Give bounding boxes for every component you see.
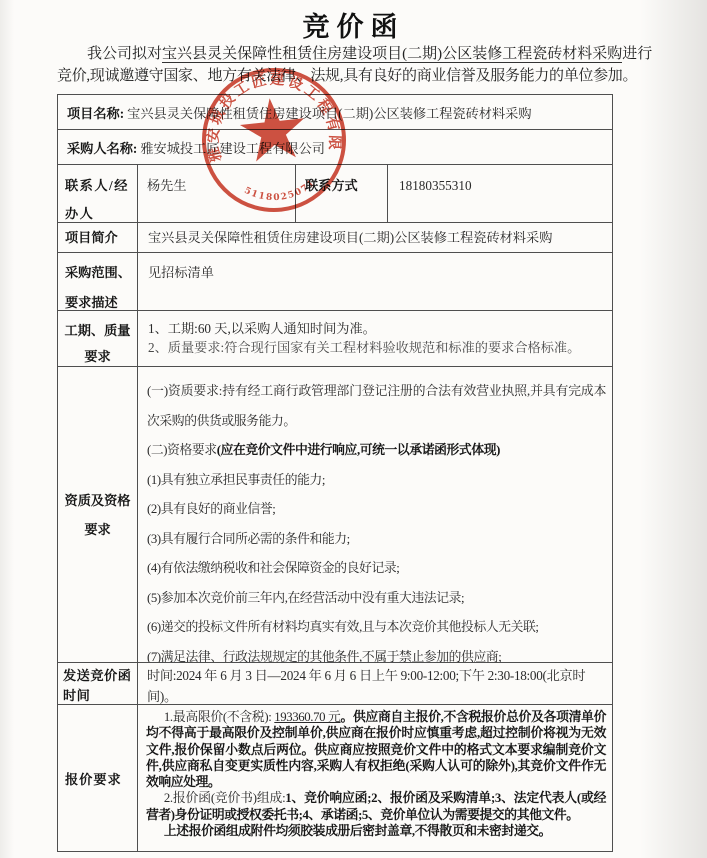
quotation-label: 报价要求 — [58, 705, 138, 851]
qualification-item: (一)资质要求:持有经工商行政管理部门登记注册的合法有效营业执照,并具有完成本次… — [147, 377, 606, 436]
contact-label: 联系人/经办人 — [58, 165, 138, 222]
intro-paragraph: 我公司拟对宝兴县灵关保障性租赁住房建设项目(二期)公区装修工程瓷砖材料采购进行竞… — [57, 44, 652, 87]
quotation-paragraph-1: 1.最高限价(不含税): 193360.70 元。供应商自主报价,不含税报价总价… — [146, 709, 606, 790]
qualification-item: (1)具有独立承担民事责任的能力; — [147, 466, 606, 496]
contact-method-label: 联系方式 — [296, 165, 388, 222]
qualification-item: (6)递交的投标文件所有材料均真实有效,且与本次竞价其他投标人无关联; — [147, 613, 606, 643]
table-row-contact: 联系人/经办人 杨先生 联系方式 18180355310 — [58, 164, 612, 222]
table-row-quotation: 报价要求 1.最高限价(不含税): 193360.70 元。供应商自主报价,不含… — [58, 704, 612, 851]
qualification-item: (3)具有履行合同所必需的条件和能力; — [147, 525, 606, 555]
quotation-value: 1.最高限价(不含税): 193360.70 元。供应商自主报价,不含税报价总价… — [138, 705, 612, 851]
quotation-p2-prefix: 2.报价函(竞价书)组成: — [164, 791, 285, 805]
qualification-item: (7)满足法律、行政法规规定的其他条件,不属于禁止参加的供应商; — [147, 643, 606, 663]
contact-person-value: 杨先生 — [138, 165, 296, 222]
quotation-paragraph-3: 上述报价函组成附件均须胶装成册后密封盖章,不得散页和未密封递交。 — [146, 823, 606, 839]
scanned-bid-document: 竞价函 我公司拟对宝兴县灵关保障性租赁住房建设项目(二期)公区装修工程瓷砖材料采… — [0, 0, 707, 858]
project-name-cell: 项目名称: 宝兴县灵关保障性租赁住房建设项目(二期)公区装修工程瓷砖材料采购 — [58, 95, 612, 129]
brief-label: 项目简介 — [58, 223, 138, 252]
quality-line: 2、质量要求:符合现行国家有关工程材料验收规范和标准的要求合格标准。 — [148, 338, 606, 357]
table-row-brief: 项目简介 宝兴县灵关保障性租赁住房建设项目(二期)公区装修工程瓷砖材料采购 — [58, 222, 612, 252]
send-time-value: 时间:2024 年 6 月 3 日—2024 年 6 月 6 日上午 9:00-… — [138, 663, 612, 704]
table-row-duration-quality: 工期、质量要求 1、工期:60 天,以采购人通知时间为准。 2、质量要求:符合现… — [58, 310, 612, 366]
scope-label: 采购范围、要求描述 — [58, 253, 138, 310]
table-row-scope: 采购范围、要求描述 见招标清单 — [58, 252, 612, 310]
document-title: 竞价函 — [0, 5, 707, 44]
max-price-value: 193360.70 元 — [274, 710, 340, 724]
send-time-label: 发送竞价函时间 — [58, 663, 138, 704]
intro-underlined-project-name: 宝兴县灵关保障性租赁住房建设项目(二期)公区装修工程瓷砖材料采购 — [162, 46, 622, 63]
project-name-value: 宝兴县灵关保障性租赁住房建设项目(二期)公区装修工程瓷砖材料采购 — [127, 103, 531, 122]
brief-value: 宝兴县灵关保障性租赁住房建设项目(二期)公区装修工程瓷砖材料采购 — [138, 223, 612, 252]
qualification-item: (二)资格要求(应在竞价文件中进行响应,可统一以承诺函形式体现) — [147, 436, 606, 466]
duration-quality-value: 1、工期:60 天,以采购人通知时间为准。 2、质量要求:符合现行国家有关工程材… — [138, 311, 612, 366]
bid-table: 项目名称: 宝兴县灵关保障性租赁住房建设项目(二期)公区装修工程瓷砖材料采购 采… — [57, 94, 613, 852]
table-row-project-name: 项目名称: 宝兴县灵关保障性租赁住房建设项目(二期)公区装修工程瓷砖材料采购 — [58, 95, 612, 129]
qualification-label: 资质及资格要求 — [58, 367, 138, 662]
purchaser-label: 采购人名称: — [67, 138, 137, 157]
qualification-item: (4)有依法缴纳税收和社会保障资金的良好记录; — [147, 554, 606, 584]
qualification-item: (2)具有良好的商业信誉; — [147, 495, 606, 525]
contact-phone-value: 18180355310 — [388, 165, 612, 222]
intro-lead: 我公司拟对 — [87, 46, 162, 62]
max-price-prefix: 1.最高限价(不含税): — [164, 710, 274, 724]
quotation-paragraph-2: 2.报价函(竞价书)组成:1、竞价响应函;2、报价函及采购清单;3、法定代表人(… — [146, 790, 606, 823]
purchaser-cell: 采购人名称: 雅安城投工匠建设工程有限公司 — [58, 130, 612, 164]
qualification-value: (一)资质要求:持有经工商行政管理部门登记注册的合法有效营业执照,并具有完成本次… — [138, 367, 612, 662]
qualification-item2-prefix: (二)资格要求 — [147, 443, 217, 457]
project-name-label: 项目名称: — [67, 103, 124, 122]
table-row-qualification: 资质及资格要求 (一)资质要求:持有经工商行政管理部门登记注册的合法有效营业执照… — [58, 366, 612, 662]
table-row-send-time: 发送竞价函时间 时间:2024 年 6 月 3 日—2024 年 6 月 6 日… — [58, 662, 612, 704]
scope-value: 见招标清单 — [138, 253, 612, 310]
purchaser-value: 雅安城投工匠建设工程有限公司 — [140, 138, 325, 157]
table-row-purchaser: 采购人名称: 雅安城投工匠建设工程有限公司 — [58, 129, 612, 164]
duration-line: 1、工期:60 天,以采购人通知时间为准。 — [148, 319, 606, 338]
duration-quality-label: 工期、质量要求 — [58, 311, 138, 366]
qualification-item2-bold: (应在竞价文件中进行响应,可统一以承诺函形式体现) — [217, 443, 500, 457]
qualification-item: (5)参加本次竞价前三年内,在经营活动中没有重大违法记录; — [147, 584, 606, 614]
